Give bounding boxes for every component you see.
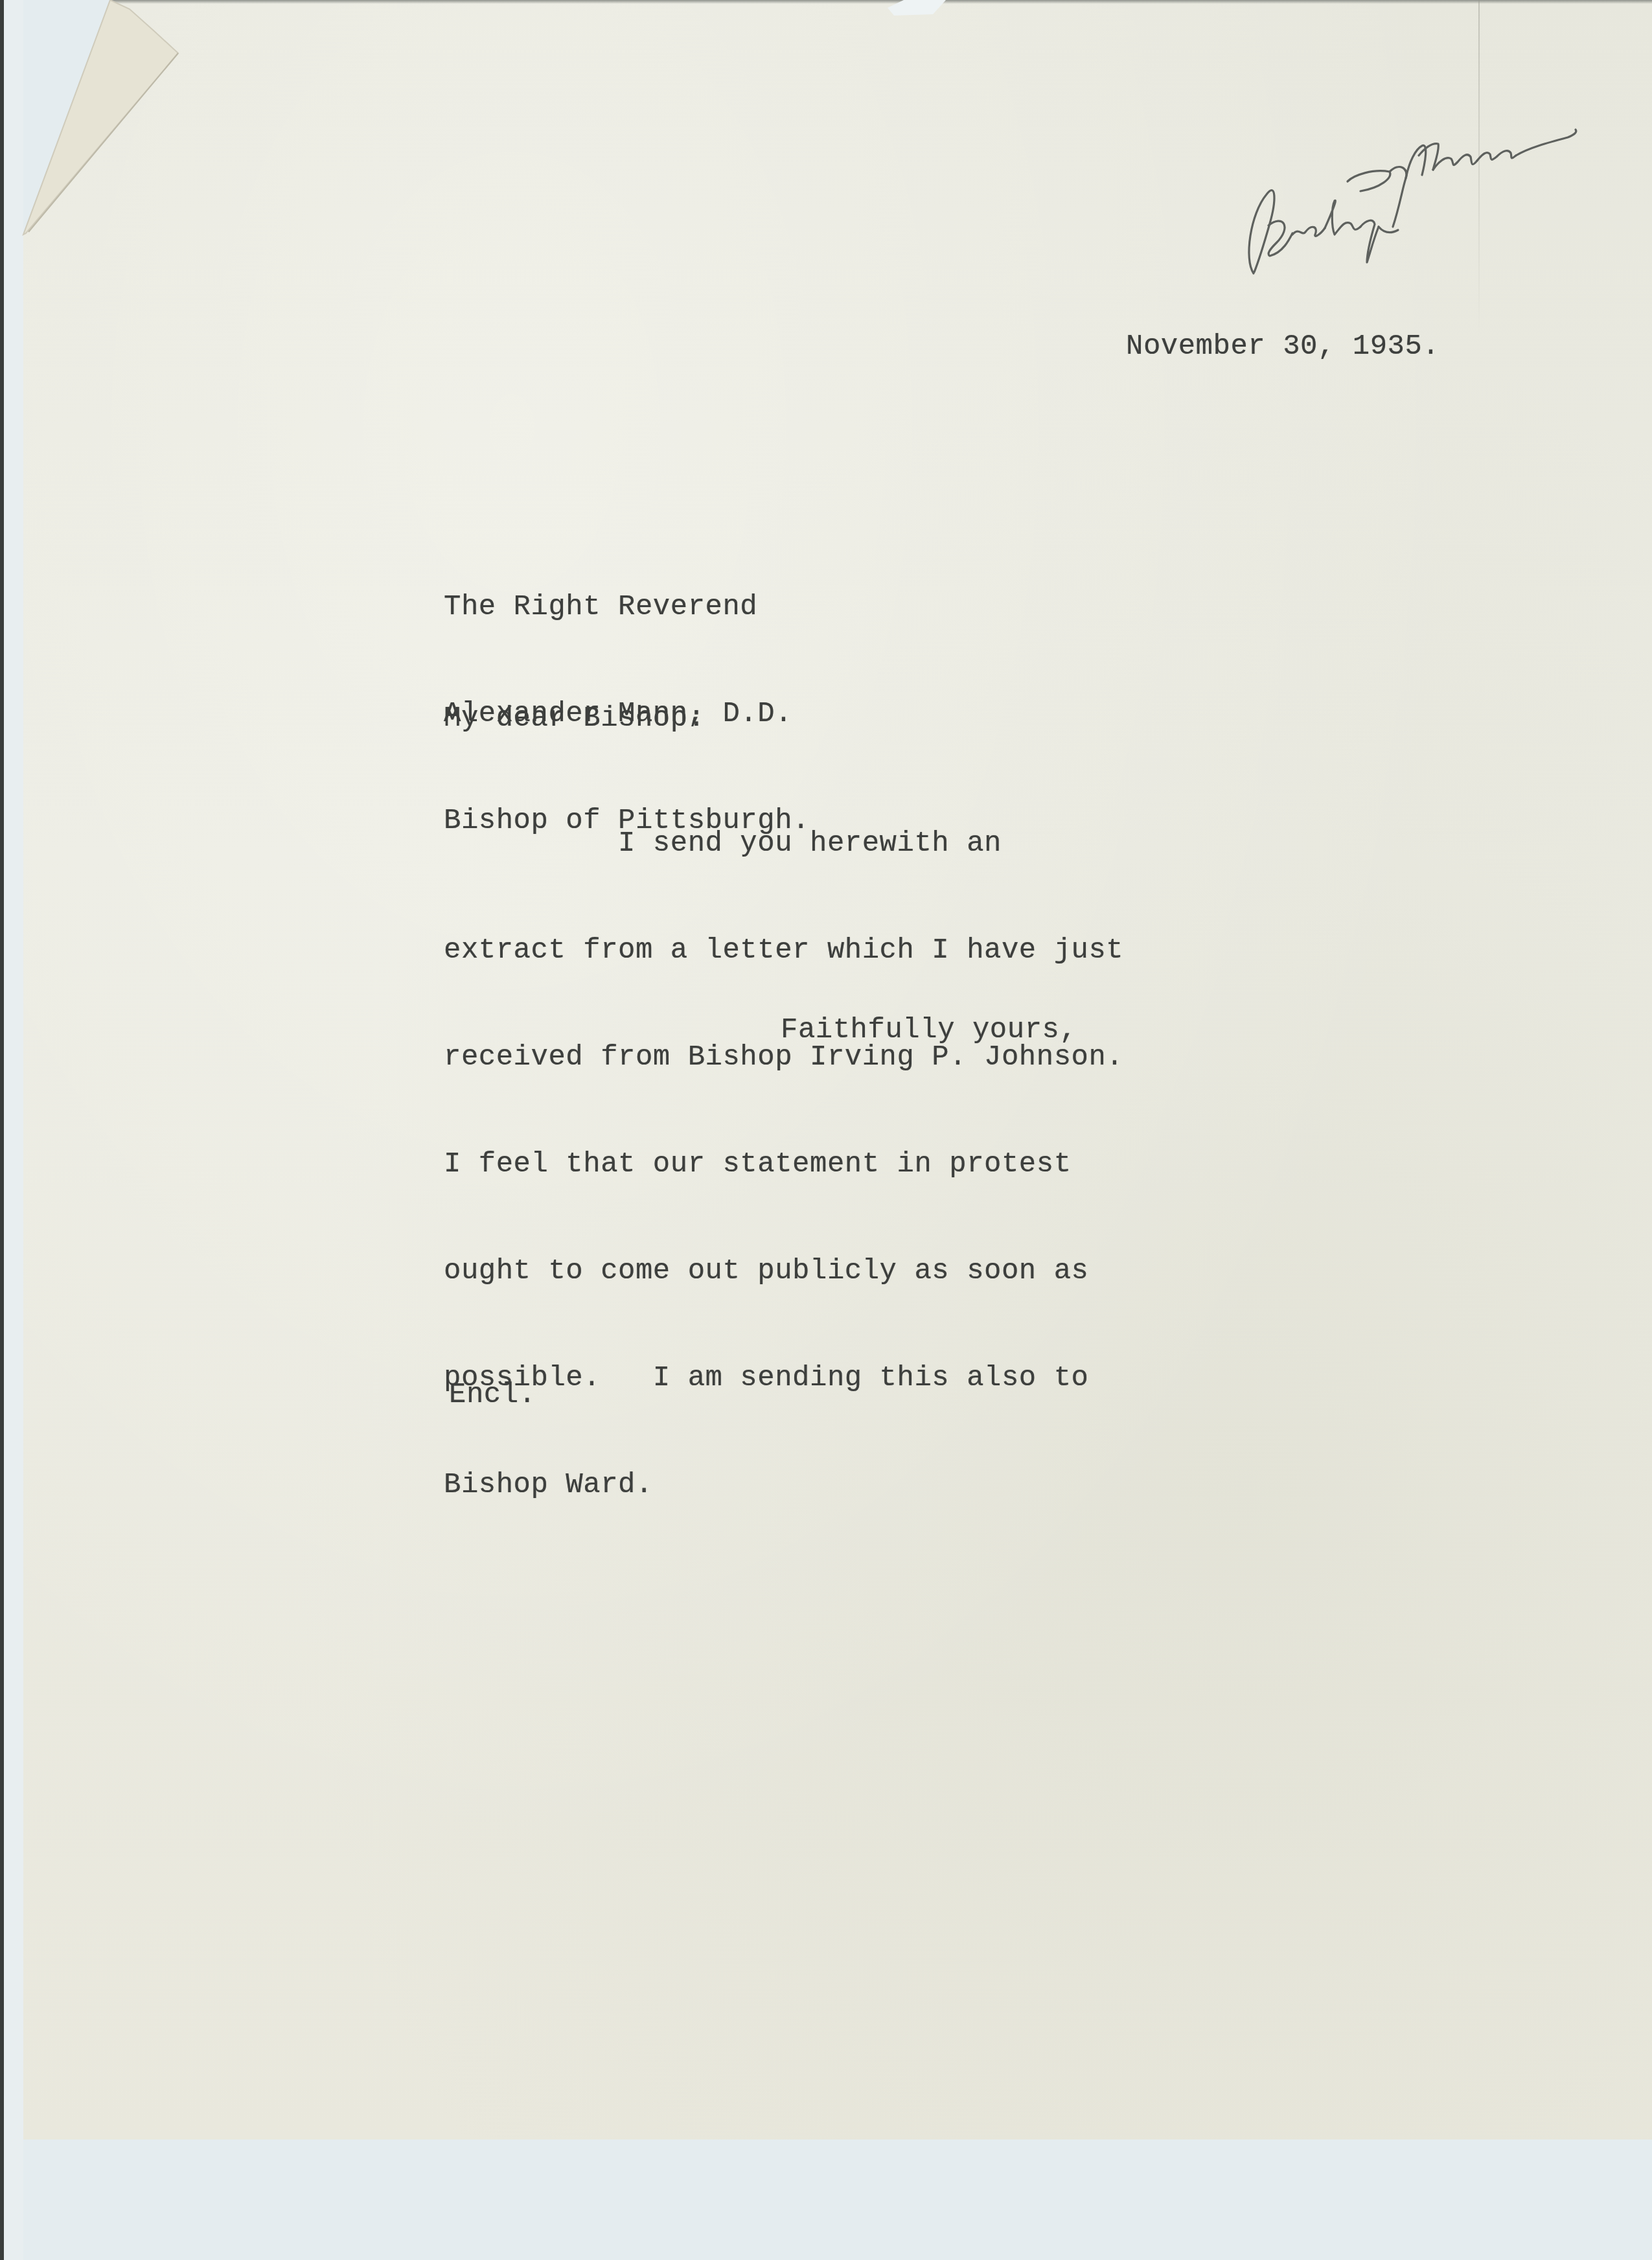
body-line: extract from a letter which I have just xyxy=(444,933,1123,969)
complimentary-close: Faithfully yours, xyxy=(781,1013,1077,1048)
scanner-background xyxy=(4,0,23,2260)
salutation: My dear Bishop: xyxy=(444,701,706,737)
body-line: ought to come out publicly as soon as xyxy=(444,1254,1123,1289)
body-line: Bishop Ward. xyxy=(444,1468,1123,1503)
handwritten-annotation xyxy=(1205,65,1581,279)
recipient-title: The Right Reverend xyxy=(444,590,810,625)
body-line: I send you herewith an xyxy=(444,826,1123,862)
enclosure-note: Encl. xyxy=(449,1378,536,1413)
letter-date: November 30, 1935. xyxy=(1126,329,1440,365)
letter-body: I send you herewith an extract from a le… xyxy=(444,755,1123,1539)
body-line: I feel that our statement in protest xyxy=(444,1147,1123,1182)
body-line: possible. I am sending this also to xyxy=(444,1361,1123,1396)
paper-top-edge xyxy=(110,0,1652,4)
